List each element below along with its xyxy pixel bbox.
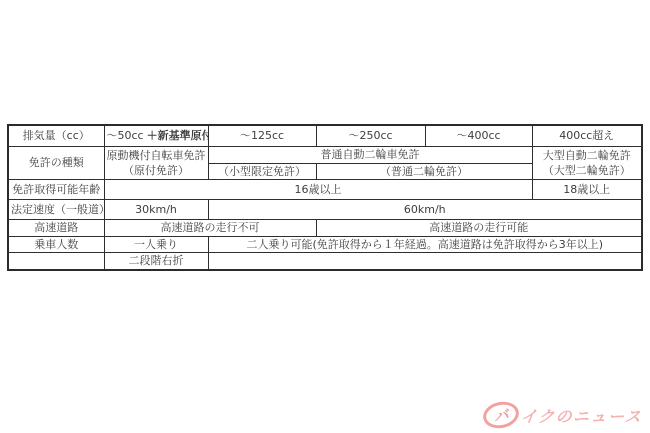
cell-passenger-single: 一人乗り (104, 236, 208, 252)
large-license-name: 大型自動二輪免許 (535, 148, 640, 163)
cell-age-18: 18歳以上 (532, 179, 642, 199)
row-highway: 高速道路 高速道路の走行不可 高速道路の走行可能 (8, 219, 642, 236)
cell-header-400cc: ～400cc (425, 125, 532, 146)
cell-speed-60: 60km/h (208, 199, 642, 219)
cell-age-label: 免許取得可能年齢 (8, 179, 104, 199)
license-spec-table: 排気量（cc） ～50cc＋新基準原付 ～125cc ～250cc ～400cc… (7, 124, 643, 271)
cell-header-over400cc: 400cc超え (532, 125, 642, 146)
row-displacement: 排気量（cc） ～50cc＋新基準原付 ～125cc ～250cc ～400cc… (8, 125, 642, 146)
cell-speed-30: 30km/h (104, 199, 208, 219)
cell-moped-license: 原動機付自転車免許 （原付免許） (104, 146, 208, 179)
large-license-paren: （大型二輪免許） (535, 163, 640, 178)
cell-displacement-label: 排気量（cc） (8, 125, 104, 146)
row-speed: 法定速度（一般道） 30km/h 60km/h (8, 199, 642, 219)
cell-passenger-label: 乗車人数 (8, 236, 104, 252)
bike-news-logo-ellipse-icon: バ (480, 399, 521, 432)
cell-small-limited-license: （小型限定免許） (208, 163, 316, 179)
row-turn: 二段階右折 (8, 253, 642, 270)
cell-standard-license-paren: （普通二輪免許） (316, 163, 532, 179)
page-canvas: 排気量（cc） ～50cc＋新基準原付 ～125cc ～250cc ～400cc… (0, 0, 650, 433)
cell-highway-allowed: 高速道路の走行可能 (316, 219, 642, 236)
cell-highway-not-allowed: 高速道路の走行不可 (104, 219, 316, 236)
cell-passenger-two: 二人乗り可能(免許取得から１年経過。高速道路は免許取得から3年以上) (208, 236, 642, 252)
cell-header-125cc: ～125cc (208, 125, 316, 146)
row-license-type-1: 免許の種類 原動機付自転車免許 （原付免許） 普通自動二輪車免許 大型自動二輪免… (8, 146, 642, 163)
cell-turn-two-stage: 二段階右折 (104, 253, 208, 270)
bike-news-watermark: バ イクのニュース (483, 402, 642, 428)
cell-speed-label: 法定速度（一般道） (8, 199, 104, 219)
header-50cc-new-standard: ＋新基準原付 (147, 129, 208, 142)
row-age: 免許取得可能年齢 16歳以上 18歳以上 (8, 179, 642, 199)
cell-turn-label-empty (8, 253, 104, 270)
cell-age-16: 16歳以上 (104, 179, 532, 199)
cell-header-250cc: ～250cc (316, 125, 425, 146)
cell-large-license: 大型自動二輪免許 （大型二輪免許） (532, 146, 642, 179)
cell-highway-label: 高速道路 (8, 219, 104, 236)
cell-header-50cc: ～50cc＋新基準原付 (104, 125, 208, 146)
moped-license-name: 原動機付自転車免許 (107, 148, 206, 163)
bike-news-logo-text: イクのニュース (519, 404, 643, 427)
cell-license-type-label: 免許の種類 (8, 146, 104, 179)
row-passenger: 乗車人数 一人乗り 二人乗り可能(免許取得から１年経過。高速道路は免許取得から3… (8, 236, 642, 252)
bike-news-logo-first-char: バ (491, 403, 510, 427)
header-50cc-prefix: ～50cc (107, 129, 144, 142)
cell-standard-license: 普通自動二輪車免許 (208, 146, 532, 163)
cell-turn-rest-empty (208, 253, 642, 270)
moped-license-paren: （原付免許） (107, 163, 206, 178)
